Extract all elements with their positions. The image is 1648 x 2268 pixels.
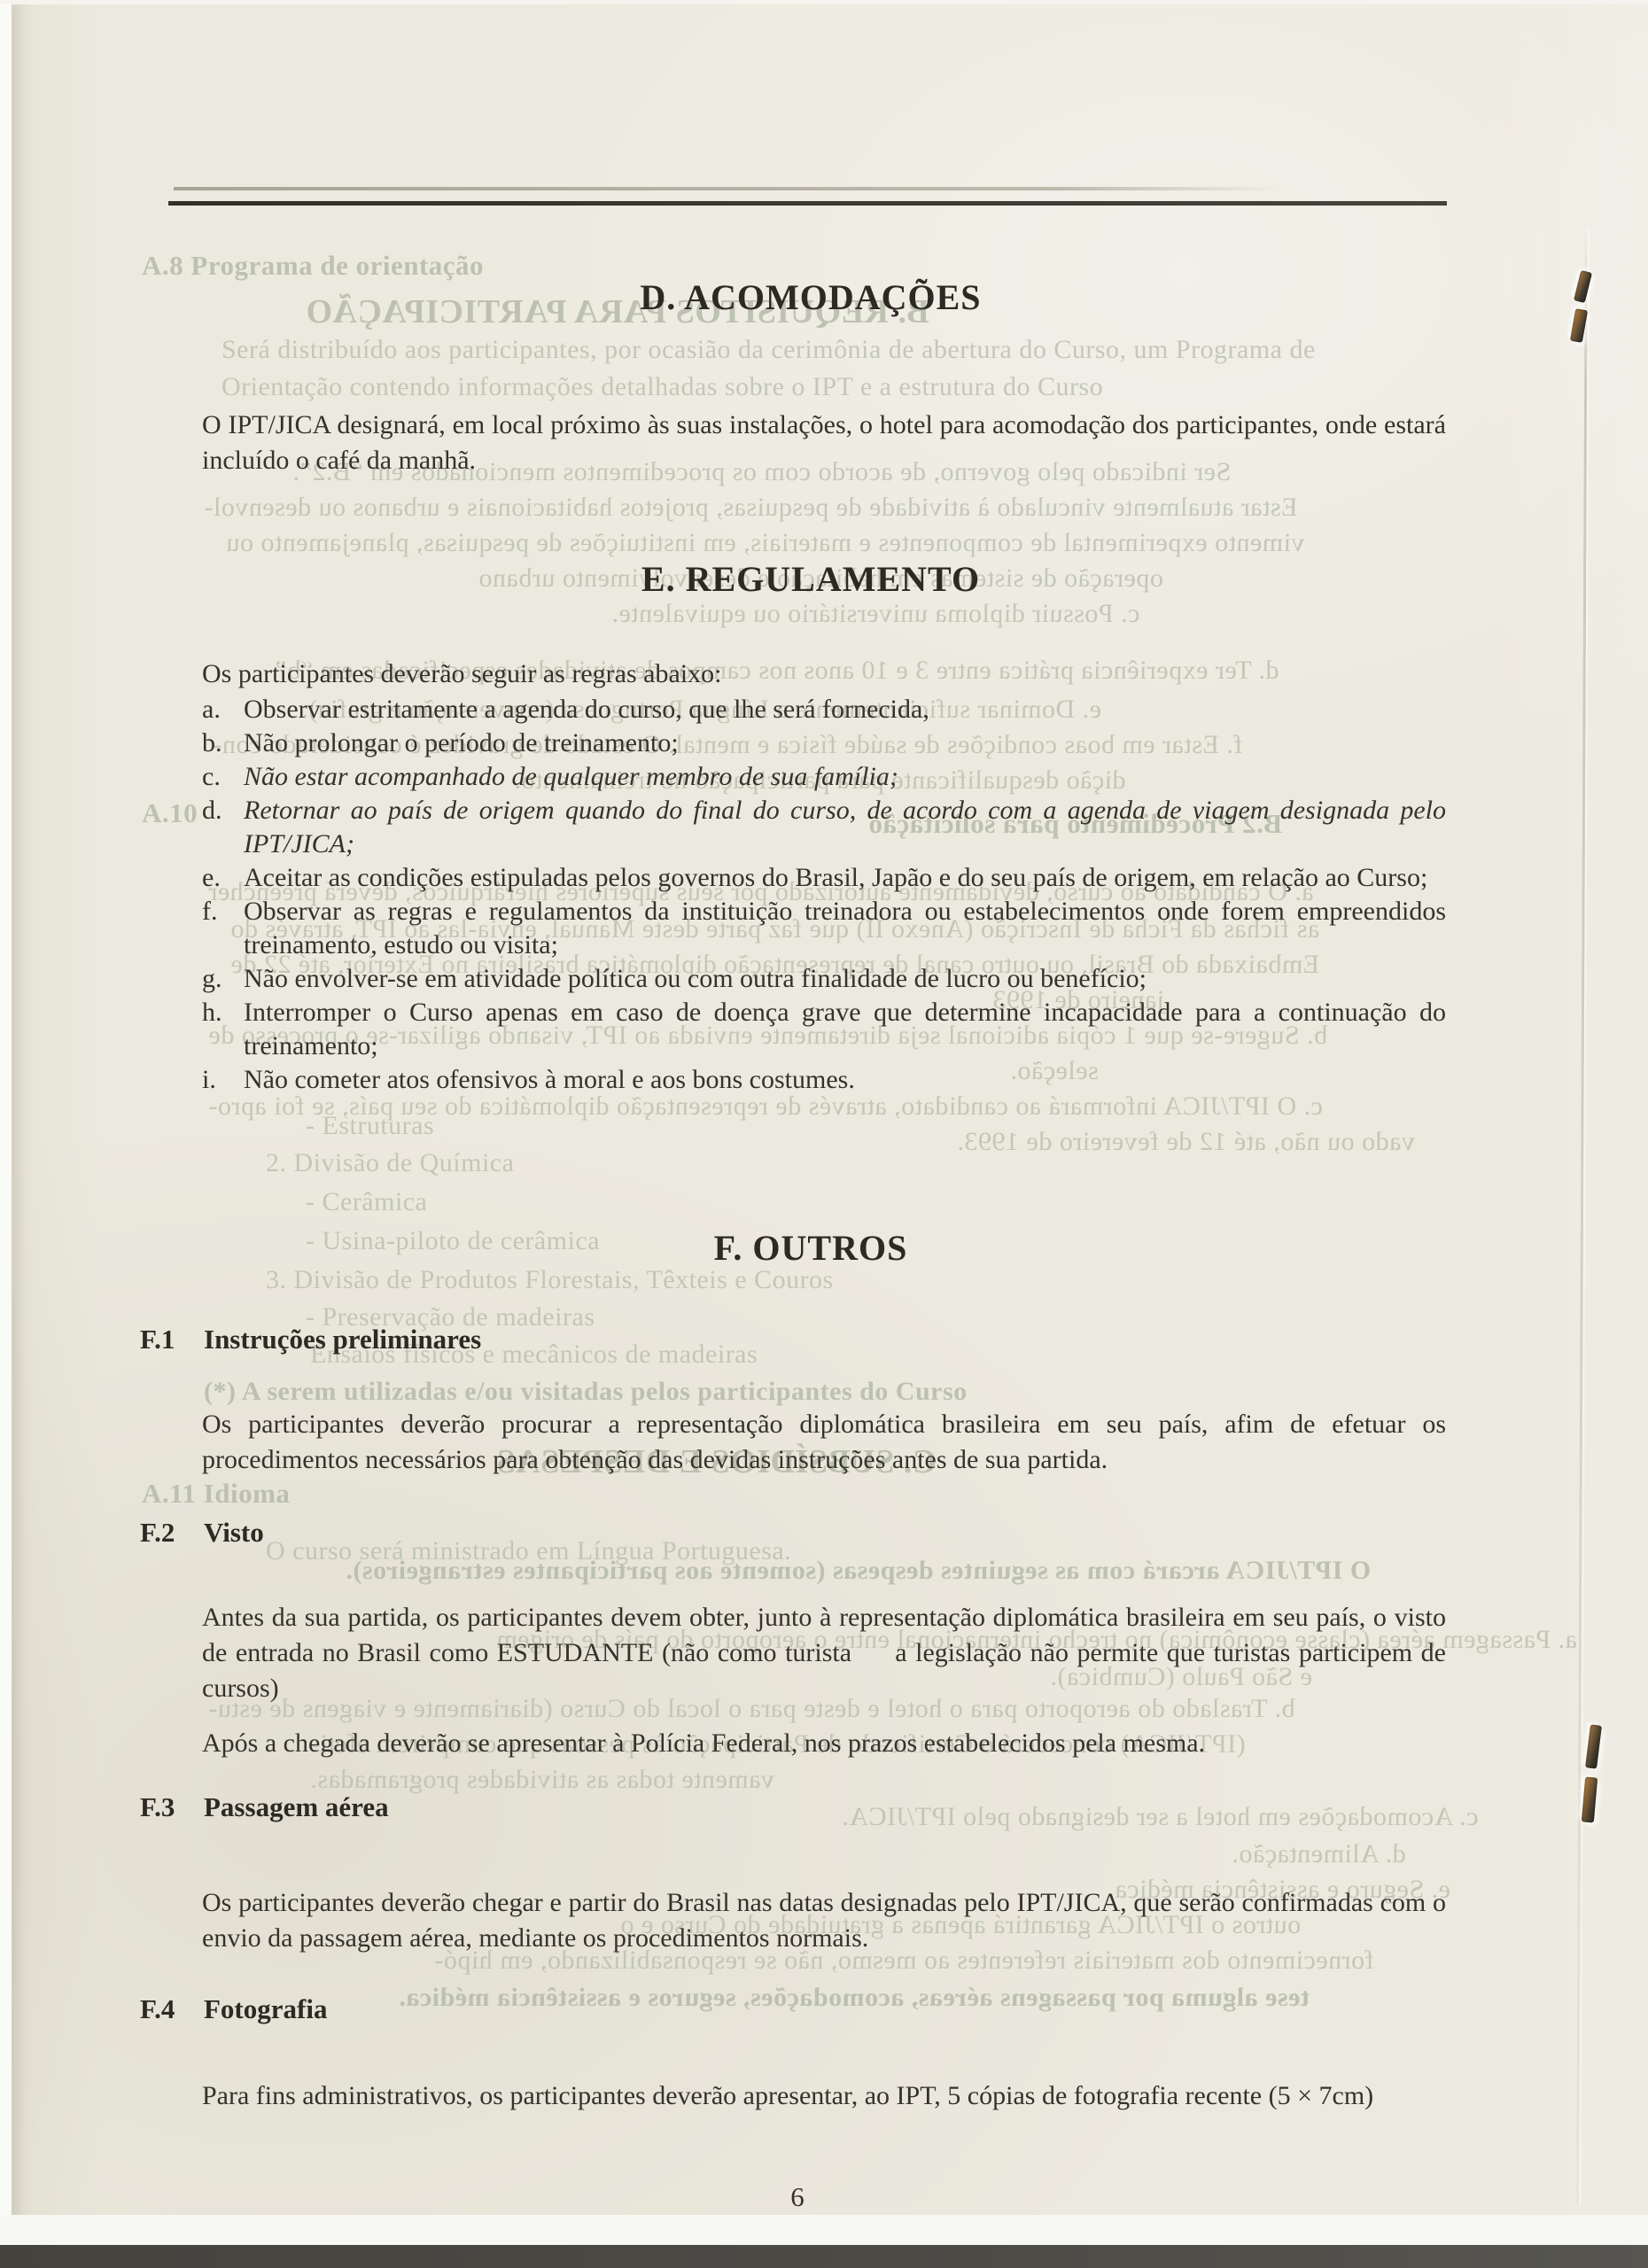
section-d-heading: D. ACOMODAÇÕES: [186, 276, 1435, 318]
section-f-heading: F. OUTROS: [186, 1227, 1435, 1269]
list-item: h.Interromper o Curso apenas em caso de …: [202, 996, 1446, 1063]
subsection-f2-heading: F.2 Visto: [140, 1517, 1447, 1549]
bleedthrough-text: (*) A serem utilizadas e/ou visitadas pe…: [204, 1377, 968, 1407]
subsection-f4-heading: F.4 Fotografia: [140, 1993, 1447, 2025]
item-letter: c.: [202, 760, 244, 794]
bleedthrough-text: Orientação contendo informações detalhad…: [222, 372, 1103, 402]
item-text: Interromper o Curso apenas em caso de do…: [244, 996, 1446, 1063]
section-d-paragraph: O IPT/JICA designará, em local próximo à…: [202, 408, 1446, 478]
item-text: Não envolver-se em atividade política ou…: [244, 962, 1446, 996]
subsection-title: Visto: [204, 1517, 264, 1549]
subsection-number: F.4: [140, 1993, 204, 2025]
list-item: f.Observar as regras e regulamentos da i…: [202, 895, 1446, 962]
subsection-f3-paragraph: Os participantes deverão chegar e partir…: [202, 1885, 1446, 1956]
staple-icon: [1585, 1724, 1602, 1768]
subsection-number: F.1: [140, 1324, 204, 1355]
item-text: Retornar ao país de origem quando do fin…: [244, 794, 1446, 861]
subsection-title: Fotografia: [204, 1993, 327, 2025]
scanned-document-page: A.8 Programa de orientaçãoB. REQUISITOS …: [0, 0, 1648, 2268]
item-letter: h.: [202, 996, 244, 1063]
subsection-f2-paragraph: Antes da sua partida, os participantes d…: [202, 1600, 1446, 1706]
list-item: c.Não estar acompanhado de qualquer memb…: [202, 760, 1446, 794]
bleedthrough-text: A.10: [142, 797, 198, 829]
list-item: g.Não envolver-se em atividade política …: [202, 962, 1446, 996]
bleedthrough-text: c. Possuir diploma universitário ou equi…: [611, 599, 1139, 629]
subsection-f1-paragraph: Os participantes deverão procurar a repr…: [202, 1407, 1446, 1478]
bleedthrough-text: vado ou não, até 12 de fevereiro de 1993…: [957, 1127, 1415, 1157]
list-item: e.Aceitar as condições estipuladas pelos…: [202, 861, 1446, 895]
bleedthrough-text: O IPT/JICA arcará com as seguintes despe…: [346, 1556, 1371, 1586]
list-item: b.Não prolongar o período de treinamento…: [202, 726, 1446, 760]
regulations-list: a.Observar estritamente a agenda do curs…: [202, 693, 1446, 1097]
top-rule-shadow: [174, 187, 1281, 190]
section-e-heading: E. REGULAMENTO: [186, 558, 1435, 600]
list-item: d.Retornar ao país de origem quando do f…: [202, 794, 1446, 861]
page-number: 6: [186, 2181, 1409, 2213]
subsection-number: F.2: [140, 1517, 204, 1549]
item-letter: i.: [202, 1063, 244, 1097]
item-text: Não estar acompanhado de qualquer membro…: [244, 760, 1446, 794]
bleedthrough-text: Será distribuído aos participantes, por …: [222, 335, 1316, 365]
bleedthrough-text: 2. Divisão de Química: [266, 1148, 514, 1178]
bleedthrough-text: - Estruturas: [306, 1111, 434, 1141]
top-rule: [168, 201, 1447, 206]
bleedthrough-text: Estar atualmente vinculado à atividade d…: [204, 493, 1297, 523]
list-item: i.Não cometer atos ofensivos à moral e a…: [202, 1063, 1446, 1097]
item-letter: g.: [202, 962, 244, 996]
page-left-edge: [0, 0, 12, 2268]
item-text: Aceitar as condições estipuladas pelos g…: [244, 861, 1446, 895]
subsection-f4-paragraph: Para fins administrativos, os participan…: [202, 2078, 1446, 2114]
subsection-f3-heading: F.3 Passagem aérea: [140, 1791, 1447, 1823]
staple-icon: [1574, 270, 1592, 303]
bleedthrough-text: A.11 Idioma: [142, 1478, 290, 1510]
bleedthrough-text: d. Alimentação.: [1232, 1839, 1406, 1869]
scan-background-band: [0, 2245, 1648, 2268]
item-letter: a.: [202, 693, 244, 726]
page-top-edge: [0, 0, 1648, 4]
bleedthrough-text: 3. Divisão de Produtos Florestais, Têxte…: [266, 1265, 834, 1295]
list-item: a.Observar estritamente a agenda do curs…: [202, 693, 1446, 726]
item-text: Observar as regras e regulamentos da ins…: [244, 895, 1446, 962]
bleedthrough-text: vimento experimental de componentes e ma…: [226, 528, 1305, 558]
bleedthrough-text: vamente todas as atividades programadas.: [310, 1765, 774, 1795]
item-letter: b.: [202, 726, 244, 760]
subsection-number: F.3: [140, 1791, 204, 1823]
item-letter: d.: [202, 794, 244, 861]
bleedthrough-text: - Cerâmica: [306, 1187, 427, 1217]
subsection-title: Passagem aérea: [204, 1791, 389, 1823]
staple-icon: [1582, 1776, 1597, 1822]
page-crease: [1576, 229, 1588, 2204]
item-letter: e.: [202, 861, 244, 895]
subsection-f2-paragraph-2: Após a chegada deverão se apresentar à P…: [202, 1726, 1446, 1761]
subsection-f1-heading: F.1 Instruções preliminares: [140, 1324, 1447, 1355]
page-bottom-edge: [0, 2215, 1648, 2245]
regulations-intro: Os participantes deverão seguir as regra…: [202, 659, 721, 689]
item-text: Observar estritamente a agenda do curso,…: [244, 693, 1446, 726]
item-letter: f.: [202, 895, 244, 962]
item-text: Não cometer atos ofensivos à moral e aos…: [244, 1063, 1446, 1097]
subsection-title: Instruções preliminares: [204, 1324, 481, 1355]
item-text: Não prolongar o período de treinamento;: [244, 726, 1446, 760]
